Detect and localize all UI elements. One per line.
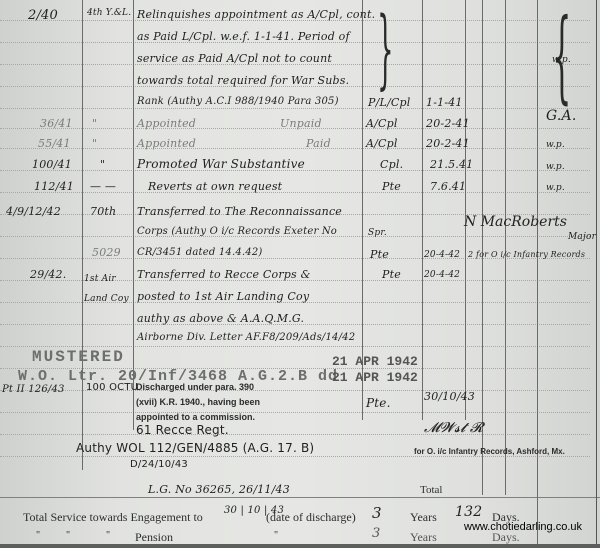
pension-years-label: Years	[410, 530, 437, 545]
ruled-line	[0, 412, 590, 413]
ruled-line	[0, 148, 590, 149]
entry-rank: Pte	[370, 248, 389, 261]
entry-line: as Paid L/Cpl. w.e.f. 1-1-41. Period of	[137, 30, 350, 43]
entry-line: Transferred to The Reconnaissance	[137, 205, 342, 218]
entry-date: 20-2-41	[426, 117, 470, 130]
entry-date: 20-4-42	[424, 270, 460, 280]
entry-rank: Spr.	[368, 228, 387, 238]
entry-initials: w.p.	[552, 55, 571, 65]
entry-initials: G.A.	[546, 108, 577, 124]
gazette-reference: L.G. No 36265, 26/11/43	[148, 483, 290, 496]
records-signature: 𝓜𝓦𝓼𝓽 𝓡	[424, 420, 483, 436]
date-of-discharge-label: (date of discharge)	[266, 510, 356, 525]
entry-rank: P/L/Cpl	[368, 96, 411, 109]
page-bottom-border	[0, 544, 600, 548]
final-unit: 100 OCTU	[86, 382, 138, 393]
entry-unit: — —	[90, 180, 116, 193]
entry-ref: 55/41	[38, 137, 71, 150]
column-divider	[133, 0, 134, 430]
entry-rank: A/Cpl	[366, 137, 398, 150]
pension-years-value: 3	[372, 526, 380, 541]
authority-date: D/24/10/43	[130, 459, 188, 470]
records-caption: for O. i/c Infantry Records, Ashford, Mx…	[414, 447, 565, 457]
final-date: 30/10/43	[424, 390, 475, 403]
entry-rank: Cpl.	[380, 158, 403, 171]
years-value: 3	[372, 504, 382, 522]
entry-date: 1-1-41	[426, 96, 463, 109]
signature-title: Major	[568, 232, 596, 242]
entry-initials: w.p.	[546, 162, 565, 172]
column-divider	[537, 0, 538, 548]
ruled-line	[0, 108, 590, 109]
ditto-mark: "	[106, 530, 110, 541]
mustered-stamp: MUSTERED	[32, 348, 125, 366]
entry-line: CR/3451 dated 14.4.42)	[137, 247, 263, 258]
ruled-line	[0, 192, 590, 193]
entry-line: Relinquishes appointment as A/Cpl, cont.	[137, 8, 375, 21]
watermark: www.chotiedarling.co.uk	[464, 521, 582, 533]
entry-line: service as Paid A/Cpl not to count	[137, 52, 332, 65]
entry-date: 20-2-41	[426, 137, 470, 150]
days-value: 132	[455, 504, 482, 520]
entry-line: Rank (Authy A.C.I 988/1940 Para 305)	[137, 96, 339, 107]
entry-unit: "	[92, 117, 97, 130]
entry-line: Airborne Div. Letter AF.F8/209/Ads/14/42	[137, 332, 355, 343]
total-label: Total	[420, 484, 442, 496]
entry-line: Transferred to Recce Corps &	[137, 268, 311, 281]
entry-ref: 4/9/12/42	[6, 205, 61, 218]
discharge-stamp-line: Discharged under para. 390	[136, 380, 254, 395]
date-stamp: 21 APR 1942	[332, 370, 418, 385]
entry-extra: Paid	[306, 137, 331, 150]
entry-extra: Unpaid	[280, 117, 322, 130]
final-rank: Pte.	[366, 396, 391, 410]
signature-for: 2 for O i/c Infantry Records	[468, 250, 585, 259]
entry-date: 7.6.41	[430, 180, 466, 193]
column-divider	[422, 0, 423, 420]
ditto-mark: "	[274, 530, 278, 541]
entry-line: Corps (Authy O i/c Records Exeter No	[137, 226, 337, 237]
entry-initials: w.p.	[546, 140, 565, 150]
brace: }	[377, 6, 393, 92]
page-edge	[596, 0, 597, 548]
entry-unit-note: 5029	[92, 246, 121, 259]
entry-line: towards total required for War Subs.	[137, 74, 349, 87]
entry-line: Reverts at own request	[148, 180, 282, 193]
entry-unit: 1st Air Land Coy	[84, 269, 134, 309]
entry-ref: 100/41	[32, 158, 72, 171]
column-divider	[465, 0, 466, 420]
entry-rank: Pte	[382, 268, 401, 281]
discharge-stamp-line: (xvii) K.R. 1940., having been	[136, 395, 260, 410]
column-divider	[82, 0, 83, 470]
entry-ref: 29/42.	[30, 268, 66, 281]
ruled-line	[0, 434, 590, 435]
entry-unit: 4th Y.&L.	[87, 8, 131, 18]
entry-rank: Pte	[382, 180, 401, 193]
column-divider	[505, 0, 506, 495]
date-stamp: 21 APR 1942	[332, 354, 418, 369]
entry-initials: w.p.	[546, 183, 565, 193]
final-regiment: 61 Recce Regt.	[136, 423, 229, 437]
entry-unit: "	[92, 137, 97, 150]
service-record-page: 2/40 4th Y.&L. Relinquishes appointment …	[0, 0, 600, 548]
entry-date: 21.5.41	[430, 158, 473, 171]
total-service-label: Total Service towards Engagement to	[23, 510, 203, 525]
entry-line: Promoted War Substantive	[137, 157, 305, 171]
ditto-mark: "	[66, 530, 70, 541]
entry-line: Appointed	[137, 137, 196, 150]
entry-line: authy as above & A.A.Q.M.G.	[137, 312, 304, 325]
ditto-mark: "	[36, 530, 40, 541]
years-label: Years	[410, 510, 437, 525]
pension-label: Pension	[135, 530, 173, 545]
entry-ref: 112/41	[34, 180, 74, 193]
entry-unit: "	[100, 158, 105, 171]
final-ref: Pt II 126/43	[2, 384, 65, 395]
footer-divider	[0, 497, 600, 498]
entry-rank: A/Cpl	[366, 117, 398, 130]
entry-line: Appointed	[137, 117, 196, 130]
entry-unit: 70th	[90, 205, 116, 218]
entry-date: 20-4-42	[424, 250, 460, 260]
authority: Authy WOL 112/GEN/4885 (A.G. 17. B)	[76, 441, 314, 455]
entry-line: posted to 1st Air Landing Coy	[137, 290, 309, 303]
ruled-line	[0, 346, 590, 347]
entry-ref: 2/40	[28, 8, 58, 23]
entry-ref: 36/41	[40, 117, 73, 130]
officer-signature: N MacRoberts	[464, 214, 567, 230]
